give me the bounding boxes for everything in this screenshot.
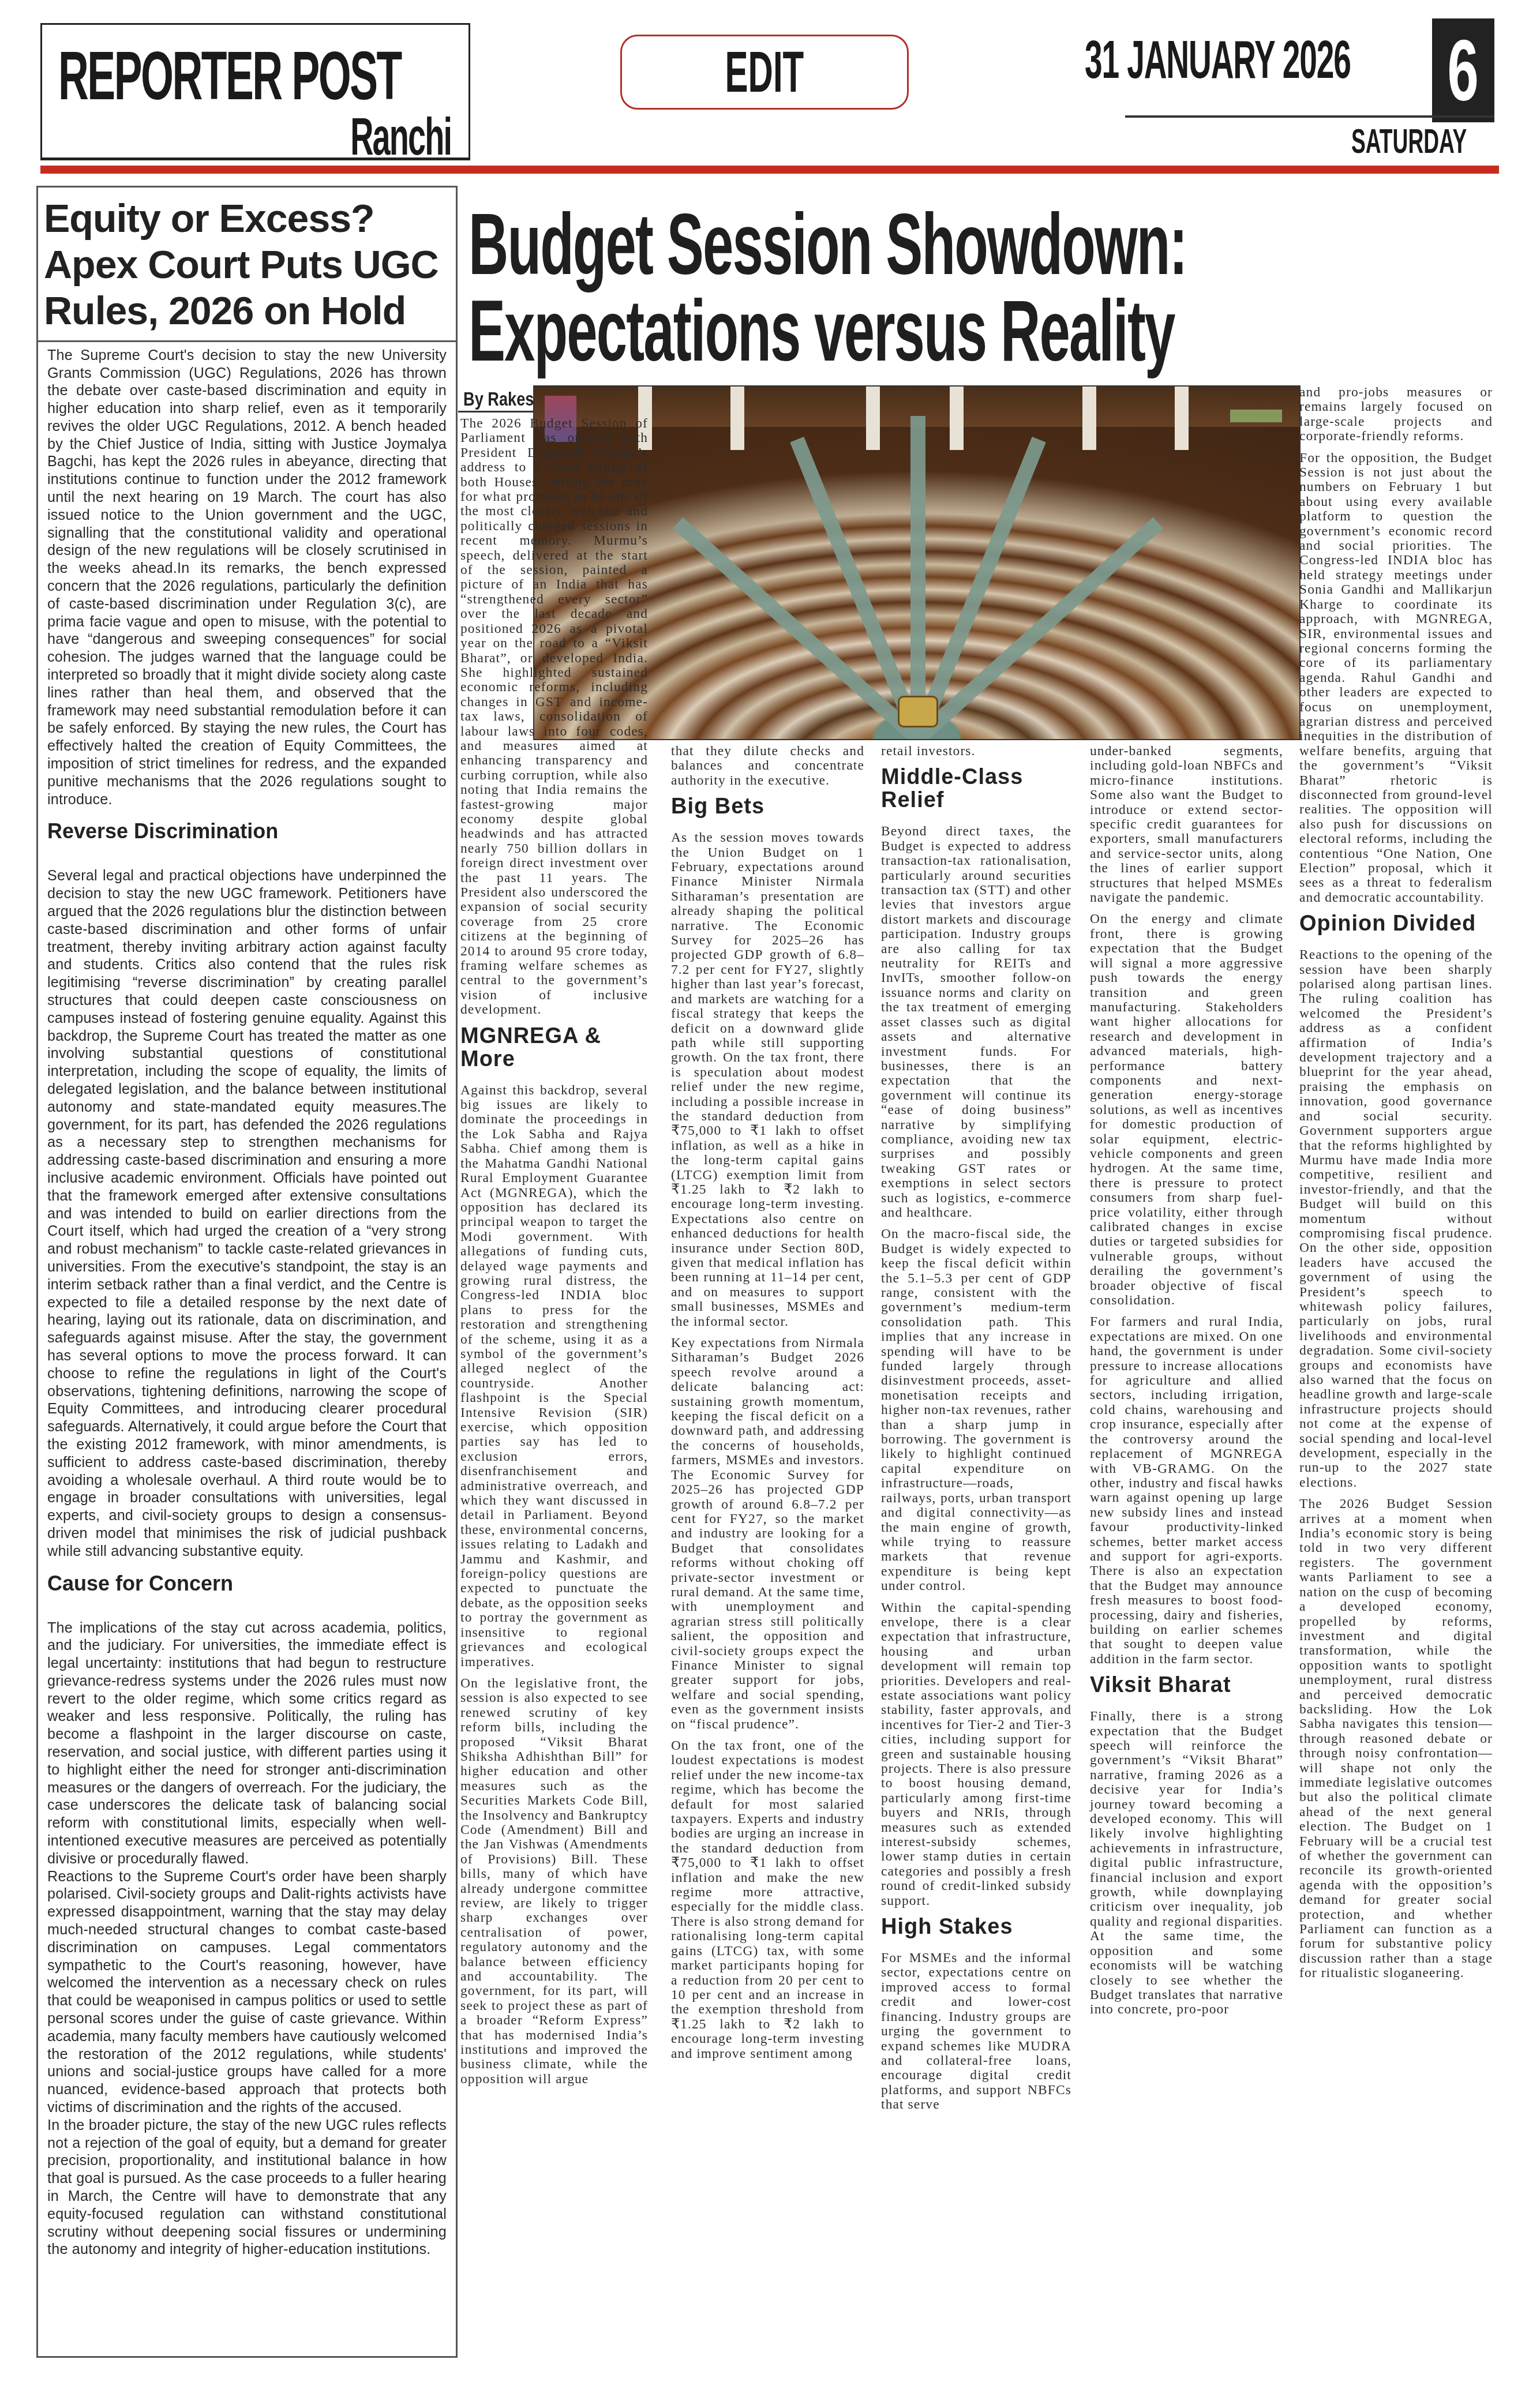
left-paragraph: Reactions to the Supreme Court's order h… <box>47 1868 447 2117</box>
left-article: Equity or Excess? Apex Court Puts UGC Ru… <box>36 186 458 2358</box>
photo-aisle <box>911 437 1046 740</box>
photo-pillar <box>950 387 964 450</box>
subheading-mgnrega: MGNREGA & More <box>460 1025 648 1071</box>
masthead-red-rule <box>40 166 1499 174</box>
photo-pillar <box>730 387 744 450</box>
photo-pillar <box>1175 387 1189 450</box>
subheading-big-bets: Big Bets <box>671 795 864 818</box>
issue-day: SATURDAY <box>1351 124 1467 159</box>
subheading-middle-class-relief: Middle-Class Relief <box>881 766 1071 812</box>
article-paragraph: Reactions to the opening of the session … <box>1299 948 1493 1490</box>
article-paragraph: The 2026 Budget Session arrives at a mom… <box>1299 1497 1493 1981</box>
page-number: 6 <box>1448 27 1479 114</box>
article-paragraph: As the session moves towards the Union B… <box>671 831 864 1329</box>
photo-aisle <box>913 517 1163 740</box>
section-label: EDIT <box>620 35 909 110</box>
subheading-cause-for-concern: Cause for Concern <box>47 1573 447 1594</box>
article-paragraph: Beyond direct taxes, the Budget is expec… <box>881 824 1071 1220</box>
article-paragraph: Within the capital-spending envelope, th… <box>881 1601 1071 1909</box>
date-divider <box>1125 115 1494 118</box>
newspaper-title: REPORTER POST <box>58 42 401 110</box>
main-headline-line-1: Budget Session Showdown: <box>469 201 1521 287</box>
left-article-headline: Equity or Excess? Apex Court Puts UGC Ru… <box>44 196 451 335</box>
photo-aisle <box>910 416 925 739</box>
subheading-high-stakes: High Stakes <box>881 1915 1071 1938</box>
edition-city: Ranchi <box>350 111 451 163</box>
article-column-3: retail investors. Middle-Class Relief Be… <box>881 744 1071 2120</box>
article-column-2: that they dilute checks and balances and… <box>671 744 864 2068</box>
page-number-badge: 6 <box>1432 18 1494 122</box>
left-paragraph: The implications of the stay cut across … <box>47 1619 447 1868</box>
article-paragraph: Finally, there is a strong expectation t… <box>1090 1709 1283 2017</box>
article-paragraph: For MSMEs and the informal sector, expec… <box>881 1951 1071 2112</box>
left-article-body: The Supreme Court's decision to stay the… <box>38 342 456 2259</box>
photo-banner-right <box>1230 410 1282 422</box>
article-paragraph: Against this backdrop, several big issue… <box>460 1083 648 1670</box>
article-paragraph: retail investors. <box>881 744 1071 759</box>
main-headline-line-2: Expectations versus Reality <box>469 287 1521 374</box>
article-column-4: under-banked segments, including gold-lo… <box>1090 744 1283 2024</box>
article-paragraph: Key expectations from Nirmala Sitharaman… <box>671 1336 864 1732</box>
left-paragraph: Several legal and practical objections h… <box>47 867 447 1560</box>
photo-aisle <box>673 517 923 740</box>
issue-date: 31 JANUARY 2026 <box>1085 33 1351 87</box>
photo-pillar <box>866 387 880 450</box>
left-intro-paragraph: The Supreme Court's decision to stay the… <box>47 347 447 809</box>
subheading-opinion-divided: Opinion Divided <box>1299 912 1493 935</box>
article-paragraph: On the tax front, one of the loudest exp… <box>671 1739 864 2061</box>
article-paragraph: that they dilute checks and balances and… <box>671 744 864 788</box>
article-column-1: The 2026 Budget Session of Parliament ha… <box>460 417 648 2094</box>
article-paragraph: For the opposition, the Budget Session i… <box>1299 451 1493 906</box>
main-headline: Budget Session Showdown: Expectations ve… <box>469 201 1141 374</box>
photo-pillar <box>1082 387 1096 450</box>
article-paragraph: For farmers and rural India, expectation… <box>1090 1315 1283 1667</box>
parliament-photo <box>533 385 1301 740</box>
left-paragraph: In the broader picture, the stay of the … <box>47 2117 447 2259</box>
article-paragraph: and pro-jobs measures or remains largely… <box>1299 385 1493 444</box>
article-paragraph: under-banked segments, including gold-lo… <box>1090 744 1283 905</box>
article-paragraph: On the macro-fiscal side, the Budget is … <box>881 1227 1071 1593</box>
article-column-5: and pro-jobs measures or remains largely… <box>1299 385 1493 1988</box>
article-paragraph: On the energy and climate front, there i… <box>1090 912 1283 1308</box>
article-paragraph: On the legislative front, the session is… <box>460 1676 648 2087</box>
subheading-viksit-bharat: Viksit Bharat <box>1090 1674 1283 1697</box>
left-headline-box: Equity or Excess? Apex Court Puts UGC Ru… <box>38 187 456 342</box>
photo-speaker-chair <box>898 696 938 727</box>
subheading-reverse-discrimination: Reverse Discrimination <box>47 821 447 842</box>
section-label-text: EDIT <box>725 43 804 101</box>
masthead-box: REPORTER POST Ranchi <box>40 23 470 160</box>
article-paragraph: The 2026 Budget Session of Parliament ha… <box>460 417 648 1018</box>
